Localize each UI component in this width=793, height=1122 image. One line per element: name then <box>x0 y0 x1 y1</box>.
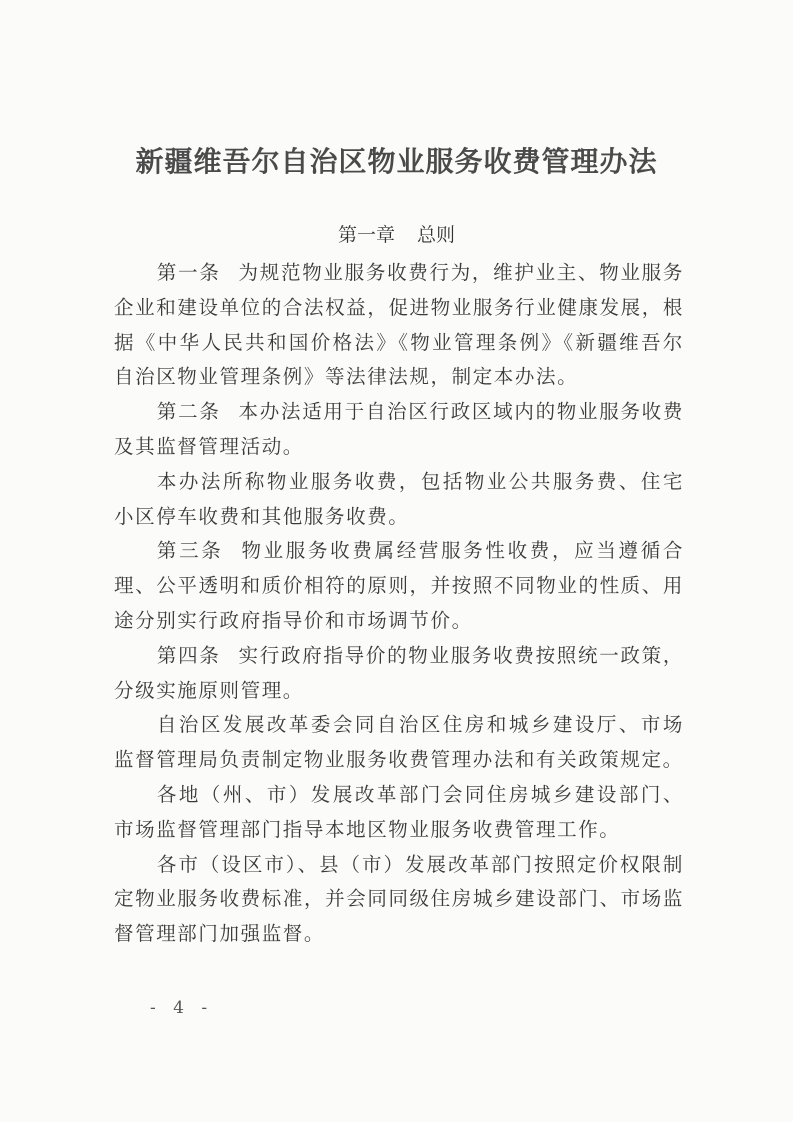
document-body: 第一条为规范物业服务收费行为，维护业主、物业服务企业和建设单位的合法权益，促进物… <box>114 256 684 952</box>
paragraph-text: 各地（州、市）发展改革部门会同住房城乡建设部门、市场监督管理部门指导本地区物业服… <box>114 783 684 841</box>
chapter-name: 总则 <box>417 224 455 246</box>
paragraph-article-3: 第三条物业服务收费属经营服务性收费，应当遵循合理、公平透明和质价相符的原则，并按… <box>114 534 684 638</box>
paragraph-text: 本办法所称物业服务收费，包括物业公共服务费、住宅小区停车收费和其他服务收费。 <box>114 470 684 528</box>
paragraph: 自治区发展改革委会同自治区住房和城乡建设厅、市场监督管理局负责制定物业服务收费管… <box>114 708 684 778</box>
paragraph-article-1: 第一条为规范物业服务收费行为，维护业主、物业服务企业和建设单位的合法权益，促进物… <box>114 256 684 395</box>
chapter-number: 第一章 <box>338 224 395 246</box>
paragraph: 各地（州、市）发展改革部门会同住房城乡建设部门、市场监督管理部门指导本地区物业服… <box>114 778 684 848</box>
article-label: 第一条 <box>157 261 221 284</box>
article-label: 第三条 <box>157 539 224 562</box>
document-title: 新疆维吾尔自治区物业服务收费管理办法 <box>0 140 793 180</box>
page-number: - 4 - <box>150 998 213 1018</box>
paragraph-article-2: 第二条本办法适用于自治区行政区域内的物业服务收费及其监督管理活动。 <box>114 395 684 465</box>
paragraph: 本办法所称物业服务收费，包括物业公共服务费、住宅小区停车收费和其他服务收费。 <box>114 465 684 535</box>
chapter-heading: 第一章总则 <box>0 220 793 247</box>
paragraph-article-4: 第四条实行政府指导价的物业服务收费按照统一政策，分级实施原则管理。 <box>114 639 684 709</box>
paragraph: 各市（设区市）、县（市）发展改革部门按照定价权限制定物业服务收费标准，并会同同级… <box>114 848 684 952</box>
paragraph-text: 自治区发展改革委会同自治区住房和城乡建设厅、市场监督管理局负责制定物业服务收费管… <box>114 713 684 771</box>
article-label: 第四条 <box>157 644 221 667</box>
article-label: 第二条 <box>157 400 221 423</box>
paragraph-text: 各市（设区市）、县（市）发展改革部门按照定价权限制定物业服务收费标准，并会同同级… <box>114 853 684 946</box>
